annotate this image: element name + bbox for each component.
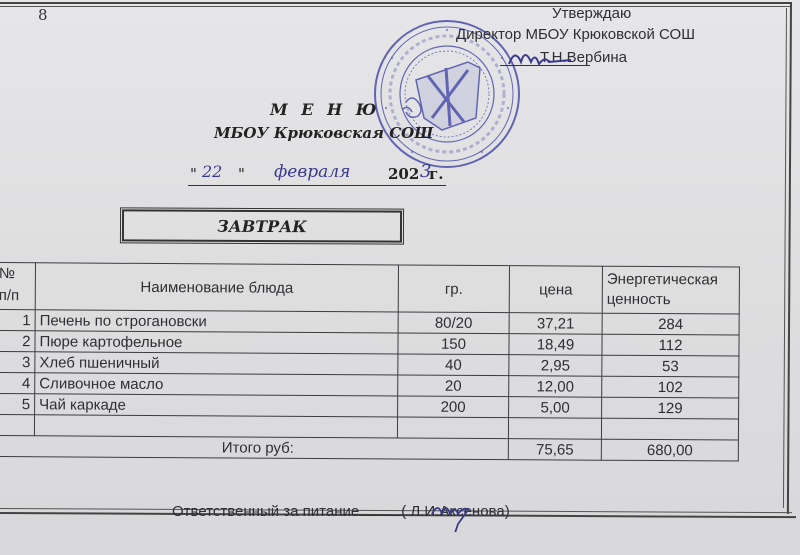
- col-header-price: цена: [509, 266, 602, 314]
- col-header-no: № п/п: [0, 263, 35, 310]
- total-price: 75,65: [508, 439, 601, 461]
- director-signature-icon: [505, 44, 575, 74]
- cell-price: 5,00: [509, 397, 602, 419]
- responsible-signature-icon: [428, 496, 478, 532]
- date-close-quote: ": [238, 165, 245, 183]
- table-header-row: № п/п Наименование блюда гр. цена Энерге…: [0, 263, 739, 315]
- document-page: 8 Утверждаю Директор МБОУ Крюковской СОШ…: [0, 0, 800, 555]
- cell-no: 1: [0, 310, 35, 331]
- cell-name: [34, 415, 397, 438]
- meal-section-title: ЗАВТРАК: [122, 209, 402, 242]
- school-name: МБОУ Крюковская СОШ: [214, 124, 433, 142]
- cell-no: 3: [0, 352, 35, 373]
- col-header-energy: Энергетическая ценность: [602, 266, 739, 314]
- frame-border: [787, 4, 792, 514]
- page-number: 8: [38, 6, 48, 24]
- approval-heading: Утверждаю: [552, 5, 631, 22]
- cell-price: 37,21: [509, 313, 602, 335]
- col-header-gr: гр.: [398, 265, 509, 313]
- cell-name: Пюре картофельное: [35, 331, 398, 354]
- signature-line: [359, 503, 401, 516]
- cell-gr: 150: [398, 333, 509, 355]
- cell-gr: 40: [398, 354, 509, 376]
- date-year-suffix: г.: [429, 165, 443, 183]
- frame-border: [0, 2, 792, 4]
- col-header-name: Наименование блюда: [35, 263, 398, 312]
- cell-energy: 112: [602, 334, 739, 356]
- date-day: 22: [202, 162, 222, 181]
- date-open-quote: ": [190, 165, 197, 183]
- cell-price: 18,49: [509, 334, 602, 356]
- date-underline: [188, 185, 446, 186]
- total-energy: 680,00: [601, 439, 738, 461]
- menu-table: № п/п Наименование блюда гр. цена Энерге…: [0, 262, 740, 462]
- cell-no: 4: [0, 373, 35, 394]
- cell-energy: 129: [602, 397, 739, 419]
- approval-position: Директор МБОУ Крюковской СОШ: [456, 26, 695, 43]
- cell-name: Сливочное масло: [35, 373, 398, 396]
- cell-gr: [397, 417, 508, 439]
- cell-energy: 102: [602, 376, 739, 398]
- frame-border: [0, 6, 790, 7]
- cell-name: Хлеб пшеничный: [35, 352, 398, 375]
- total-row: Итого руб: 75,65 680,00: [0, 435, 738, 461]
- date-line: " 22 " февраля 202 3 г.: [188, 165, 446, 187]
- cell-price: [508, 418, 601, 440]
- date-year: 202: [388, 165, 419, 183]
- cell-no: 2: [0, 331, 35, 352]
- cell-energy: [601, 418, 738, 440]
- cell-price: 12,00: [509, 376, 602, 398]
- cell-energy: 53: [602, 355, 739, 377]
- cell-no: 5: [0, 394, 35, 415]
- cell-gr: 20: [398, 375, 509, 397]
- cell-gr: 80/20: [398, 312, 509, 334]
- date-month: февраля: [274, 162, 350, 182]
- cell-gr: 200: [398, 396, 509, 418]
- cell-name: Печень по строгановски: [35, 310, 398, 333]
- cell-energy: 284: [602, 313, 739, 335]
- document-title: М Е Н Ю: [270, 100, 380, 119]
- cell-name: Чай каркаде: [35, 394, 398, 417]
- cell-no: [0, 415, 35, 436]
- cell-price: 2,95: [509, 355, 602, 377]
- responsible-label: Ответственный за питание: [172, 503, 359, 520]
- total-label: Итого руб:: [0, 435, 508, 459]
